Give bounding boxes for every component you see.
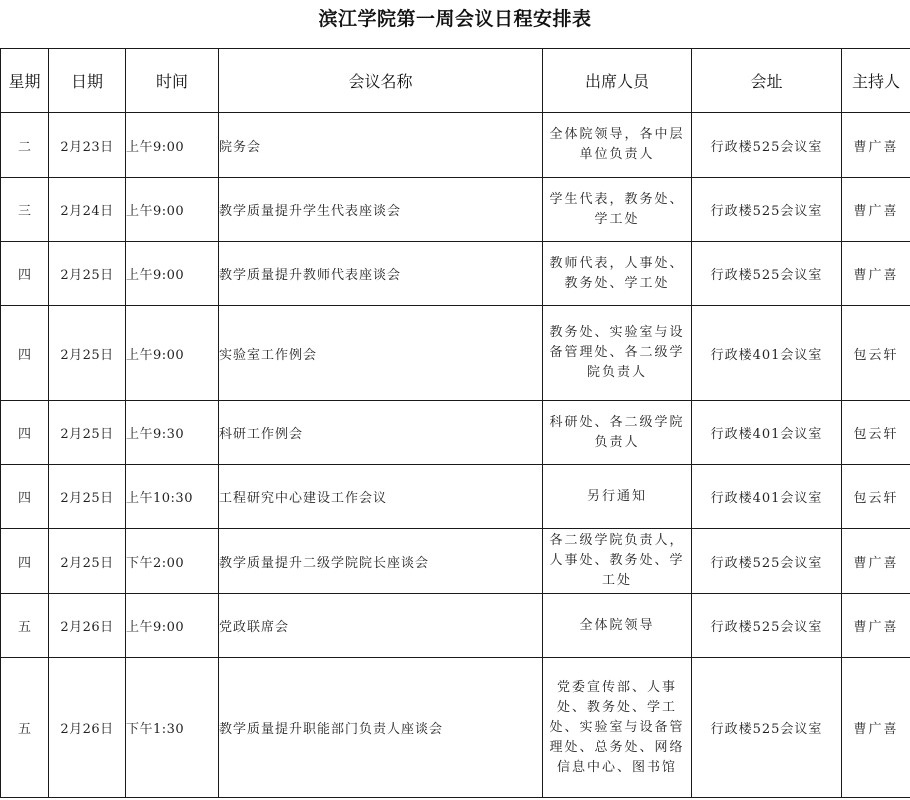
weekday-cell: 五 xyxy=(1,594,49,658)
date-cell: 2月23日 xyxy=(49,113,126,178)
table-row: 四 2月25日 上午10:30 工程研究中心建设工作会议 另行通知 行政楼401… xyxy=(1,465,910,529)
meeting-name-cell: 教学质量提升学生代表座谈会 xyxy=(219,178,543,242)
weekday-cell: 四 xyxy=(1,529,49,594)
location-cell: 行政楼525会议室 xyxy=(692,594,842,658)
host-cell: 包云轩 xyxy=(842,401,910,465)
time-cell: 上午9:00 xyxy=(126,594,219,658)
meeting-name-cell: 工程研究中心建设工作会议 xyxy=(219,465,543,529)
header-location: 会址 xyxy=(692,49,842,113)
time-cell: 上午9:30 xyxy=(126,401,219,465)
date-cell: 2月24日 xyxy=(49,178,126,242)
time-cell: 上午9:00 xyxy=(126,306,219,401)
table-row: 五 2月26日 下午1:30 教学质量提升职能部门负责人座谈会 党委宣传部、人事… xyxy=(1,658,910,798)
table-header-row: 星期 日期 时间 会议名称 出席人员 会址 主持人 xyxy=(1,49,910,113)
table-row: 五 2月26日 上午9:00 党政联席会 全体院领导 行政楼525会议室 曹广喜 xyxy=(1,594,910,658)
weekday-cell: 四 xyxy=(1,465,49,529)
weekday-cell: 四 xyxy=(1,401,49,465)
time-cell: 上午10:30 xyxy=(126,465,219,529)
attendees-cell: 全体院领导，各中层单位负责人 xyxy=(543,113,692,178)
time-cell: 上午9:00 xyxy=(126,242,219,306)
time-cell: 下午1:30 xyxy=(126,658,219,798)
weekday-cell: 三 xyxy=(1,178,49,242)
table-row: 二 2月23日 上午9:00 院务会 全体院领导，各中层单位负责人 行政楼525… xyxy=(1,113,910,178)
meeting-name-cell: 党政联席会 xyxy=(219,594,543,658)
weekday-cell: 二 xyxy=(1,113,49,178)
meeting-name-cell: 院务会 xyxy=(219,113,543,178)
host-cell: 包云轩 xyxy=(842,465,910,529)
host-cell: 曹广喜 xyxy=(842,658,910,798)
date-cell: 2月25日 xyxy=(49,242,126,306)
header-host: 主持人 xyxy=(842,49,910,113)
meeting-name-cell: 教学质量提升职能部门负责人座谈会 xyxy=(219,658,543,798)
attendees-cell: 科研处、各二级学院负责人 xyxy=(543,401,692,465)
meeting-schedule-table: 星期 日期 时间 会议名称 出席人员 会址 主持人 二 2月23日 上午9:00… xyxy=(0,48,910,798)
attendees-cell: 各二级学院负责人，人事处、教务处、学工处 xyxy=(543,529,692,594)
host-cell: 包云轩 xyxy=(842,306,910,401)
host-cell: 曹广喜 xyxy=(842,178,910,242)
date-cell: 2月26日 xyxy=(49,594,126,658)
attendees-cell: 学生代表，教务处、学工处 xyxy=(543,178,692,242)
attendees-cell: 教务处、实验室与设备管理处、各二级学院负责人 xyxy=(543,306,692,401)
date-cell: 2月25日 xyxy=(49,465,126,529)
header-weekday: 星期 xyxy=(1,49,49,113)
location-cell: 行政楼401会议室 xyxy=(692,401,842,465)
host-cell: 曹广喜 xyxy=(842,594,910,658)
header-attendees: 出席人员 xyxy=(543,49,692,113)
location-cell: 行政楼525会议室 xyxy=(692,529,842,594)
date-cell: 2月25日 xyxy=(49,401,126,465)
location-cell: 行政楼525会议室 xyxy=(692,242,842,306)
meeting-name-cell: 科研工作例会 xyxy=(219,401,543,465)
attendees-cell: 党委宣传部、人事处、教务处、学工处、实验室与设备管理处、总务处、网络信息中心、图… xyxy=(543,658,692,798)
table-row: 三 2月24日 上午9:00 教学质量提升学生代表座谈会 学生代表，教务处、学工… xyxy=(1,178,910,242)
location-cell: 行政楼525会议室 xyxy=(692,113,842,178)
weekday-cell: 四 xyxy=(1,306,49,401)
location-cell: 行政楼401会议室 xyxy=(692,465,842,529)
table-row: 四 2月25日 上午9:00 教学质量提升教师代表座谈会 教师代表，人事处、教务… xyxy=(1,242,910,306)
date-cell: 2月25日 xyxy=(49,306,126,401)
header-meeting-name: 会议名称 xyxy=(219,49,543,113)
header-time: 时间 xyxy=(126,49,219,113)
table-row: 四 2月25日 上午9:00 实验室工作例会 教务处、实验室与设备管理处、各二级… xyxy=(1,306,910,401)
location-cell: 行政楼525会议室 xyxy=(692,178,842,242)
host-cell: 曹广喜 xyxy=(842,113,910,178)
time-cell: 上午9:00 xyxy=(126,113,219,178)
table-row: 四 2月25日 下午2:00 教学质量提升二级学院院长座谈会 各二级学院负责人，… xyxy=(1,529,910,594)
table-row: 四 2月25日 上午9:30 科研工作例会 科研处、各二级学院负责人 行政楼40… xyxy=(1,401,910,465)
attendees-cell: 教师代表，人事处、教务处、学工处 xyxy=(543,242,692,306)
weekday-cell: 五 xyxy=(1,658,49,798)
weekday-cell: 四 xyxy=(1,242,49,306)
location-cell: 行政楼401会议室 xyxy=(692,306,842,401)
attendees-cell: 另行通知 xyxy=(543,465,692,529)
time-cell: 下午2:00 xyxy=(126,529,219,594)
meeting-name-cell: 教学质量提升二级学院院长座谈会 xyxy=(219,529,543,594)
attendees-cell: 全体院领导 xyxy=(543,594,692,658)
date-cell: 2月25日 xyxy=(49,529,126,594)
meeting-name-cell: 实验室工作例会 xyxy=(219,306,543,401)
header-date: 日期 xyxy=(49,49,126,113)
host-cell: 曹广喜 xyxy=(842,242,910,306)
host-cell: 曹广喜 xyxy=(842,529,910,594)
location-cell: 行政楼525会议室 xyxy=(692,658,842,798)
page-title: 滨江学院第一周会议日程安排表 xyxy=(0,4,910,31)
time-cell: 上午9:00 xyxy=(126,178,219,242)
date-cell: 2月26日 xyxy=(49,658,126,798)
meeting-name-cell: 教学质量提升教师代表座谈会 xyxy=(219,242,543,306)
